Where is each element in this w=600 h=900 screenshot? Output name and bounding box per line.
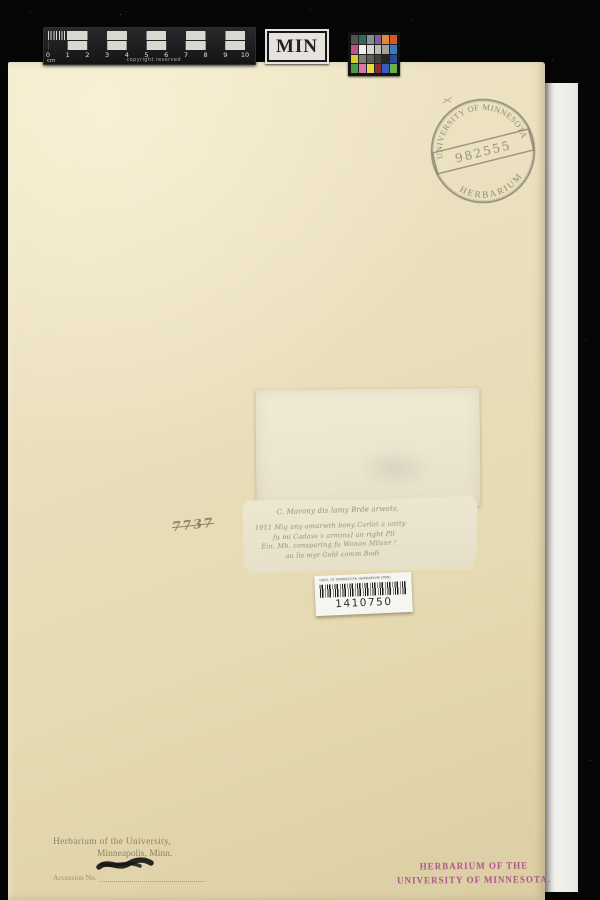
handwritten-label: C. Marony dis lamy Brde arwots, 1911 Mig… — [242, 495, 479, 574]
ruler-band-bottom — [48, 41, 245, 50]
color-patch — [382, 35, 389, 44]
specimen-packet — [255, 388, 480, 508]
ruler-millimeter-hatch — [48, 31, 68, 40]
ownership-stamp: HERBARIUM OF THE UNIVERSITY OF MINNESOTA… — [396, 859, 552, 888]
ownership-stamp-line1: HERBARIUM OF THE — [396, 859, 552, 874]
ruler-number: 2 — [81, 51, 93, 59]
dust-specks — [0, 0, 1, 1]
pencil-mark — [441, 92, 455, 110]
ruler-number: 1 — [62, 51, 74, 59]
color-patch — [375, 64, 382, 73]
color-patch — [382, 45, 389, 54]
color-patch — [375, 45, 382, 54]
color-patch — [390, 55, 397, 64]
color-patch — [359, 55, 366, 64]
color-calibration-card — [348, 32, 400, 76]
handwritten-line: C. Marony dis lamy Brde arwots, — [276, 505, 399, 517]
accession-label: Accession No. — [53, 873, 97, 882]
ruler-band-top — [48, 31, 245, 40]
barcode-number: 1410750 — [320, 595, 407, 611]
color-patch — [359, 64, 366, 73]
color-patch — [351, 64, 358, 73]
color-patch — [367, 55, 374, 64]
color-patch — [375, 35, 382, 44]
handwritten-line: au lis myr Gold comm Bodi — [285, 549, 379, 560]
color-patch — [390, 45, 397, 54]
ruler-number: 9 — [219, 51, 231, 59]
institution-code-label: MIN — [267, 31, 327, 62]
color-patch — [367, 35, 374, 44]
ink-scribble — [96, 856, 154, 877]
color-patch — [375, 55, 382, 64]
color-patch — [367, 45, 374, 54]
barcode-header-text: UNIV. OF MINNESOTA HERBARIUM (MIN) — [319, 575, 405, 581]
color-patch — [382, 64, 389, 73]
color-card-grid — [351, 35, 397, 73]
ruler-unit-label: cm — [47, 58, 55, 64]
color-patch — [351, 35, 358, 44]
stamp-accession-number: 982555 — [454, 138, 513, 165]
color-patch — [382, 55, 389, 64]
color-patch — [390, 35, 397, 44]
color-patch — [367, 64, 374, 73]
ink-scribble-path — [96, 856, 154, 872]
packet-stain — [341, 438, 449, 498]
ruler-number: 7 — [180, 51, 192, 59]
color-patch — [351, 55, 358, 64]
color-patch — [359, 45, 366, 54]
ownership-stamp-line2: UNIVERSITY OF MINNESOTA. — [396, 873, 552, 888]
ruler-copyright-text: copyright reserved — [127, 57, 181, 63]
ruler-number: 3 — [101, 51, 113, 59]
ruler-number: 8 — [200, 51, 212, 59]
scale-ruler: 012345678910 cm copyright reserved — [43, 27, 256, 65]
imprint-line1: Herbarium of the University, — [53, 837, 172, 847]
pencil-mark-strokes — [441, 95, 455, 105]
ruler-number: 10 — [239, 51, 251, 59]
backing-sheet — [543, 83, 578, 892]
color-patch — [359, 35, 366, 44]
institution-code-box: MIN — [265, 29, 329, 64]
color-patch — [351, 45, 358, 54]
barcode-label: UNIV. OF MINNESOTA HERBARIUM (MIN) 14107… — [314, 572, 413, 616]
color-patch — [390, 64, 397, 73]
